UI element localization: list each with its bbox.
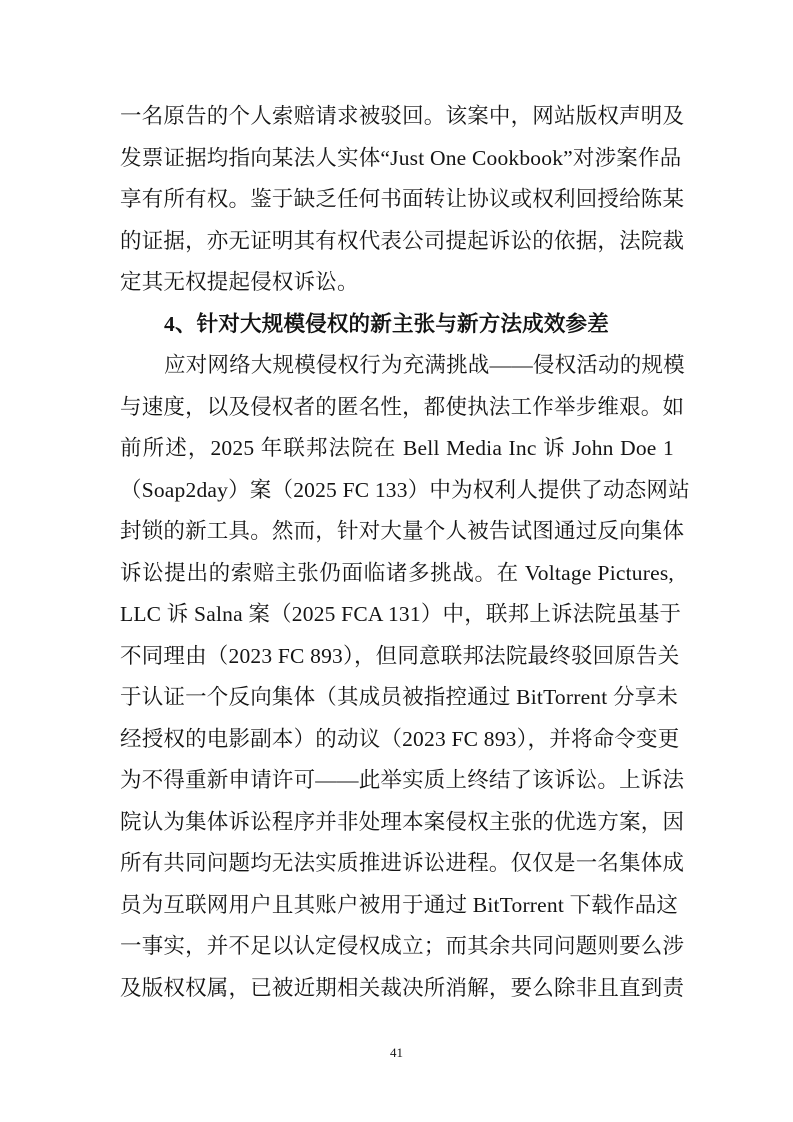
- document-page: 一名原告的个人索赔请求被驳回。该案中，网站版权声明及 发票证据均指向某法人实体“…: [0, 0, 793, 1122]
- paragraph-1: 一名原告的个人索赔请求被驳回。该案中，网站版权声明及 发票证据均指向某法人实体“…: [120, 96, 674, 304]
- text-line: 与速度，以及侵权者的匿名性，都使执法工作举步维艰。如: [120, 387, 674, 429]
- page-body-text: 一名原告的个人索赔请求被驳回。该案中，网站版权声明及 发票证据均指向某法人实体“…: [120, 96, 674, 1009]
- text-line: （Soap2day）案（2025 FC 133）中为权利人提供了动态网站: [120, 470, 674, 512]
- text-line: 前所述，2025 年联邦法院在 Bell Media Inc 诉 John Do…: [120, 428, 674, 470]
- text-line: 于认证一个反向集体（其成员被指控通过 BitTorrent 分享未: [120, 677, 674, 719]
- text-line: 享有所有权。鉴于缺乏任何书面转让协议或权利回授给陈某: [120, 179, 674, 221]
- text-line: 一事实，并不足以认定侵权成立；而其余共同问题则要么涉: [120, 926, 674, 968]
- section-heading: 4、针对大规模侵权的新主张与新方法成效参差: [120, 304, 674, 346]
- text-line: 不同理由（2023 FC 893），但同意联邦法院最终驳回原告关: [120, 636, 674, 678]
- text-line: LLC 诉 Salna 案（2025 FCA 131）中，联邦上诉法院虽基于: [120, 594, 674, 636]
- page-footer: 41: [0, 1044, 793, 1062]
- text-line: 所有共同问题均无法实质推进诉讼进程。仅仅是一名集体成: [120, 843, 674, 885]
- text-line: 员为互联网用户且其账户被用于通过 BitTorrent 下载作品这: [120, 885, 674, 927]
- text-line: 应对网络大规模侵权行为充满挑战——侵权活动的规模: [120, 345, 674, 387]
- text-line: 发票证据均指向某法人实体“Just One Cookbook”对涉案作品: [120, 138, 674, 180]
- text-line: 为不得重新申请许可——此举实质上终结了该诉讼。上诉法: [120, 760, 674, 802]
- text-line: 封锁的新工具。然而，针对大量个人被告试图通过反向集体: [120, 511, 674, 553]
- text-line: 诉讼提出的索赔主张仍面临诸多挑战。在 Voltage Pictures,: [120, 553, 674, 595]
- text-line: 院认为集体诉讼程序并非处理本案侵权主张的优选方案，因: [120, 802, 674, 844]
- text-line: 定其无权提起侵权诉讼。: [120, 262, 674, 304]
- text-line: 经授权的电影副本）的动议（2023 FC 893），并将命令变更: [120, 719, 674, 761]
- text-line: 及版权权属，已被近期相关裁决所消解，要么除非且直到责: [120, 968, 674, 1010]
- text-line: 的证据，亦无证明其有权代表公司提起诉讼的依据，法院裁: [120, 221, 674, 263]
- page-number: 41: [390, 1045, 403, 1060]
- paragraph-2: 应对网络大规模侵权行为充满挑战——侵权活动的规模 与速度，以及侵权者的匿名性，都…: [120, 345, 674, 1009]
- text-line: 一名原告的个人索赔请求被驳回。该案中，网站版权声明及: [120, 96, 674, 138]
